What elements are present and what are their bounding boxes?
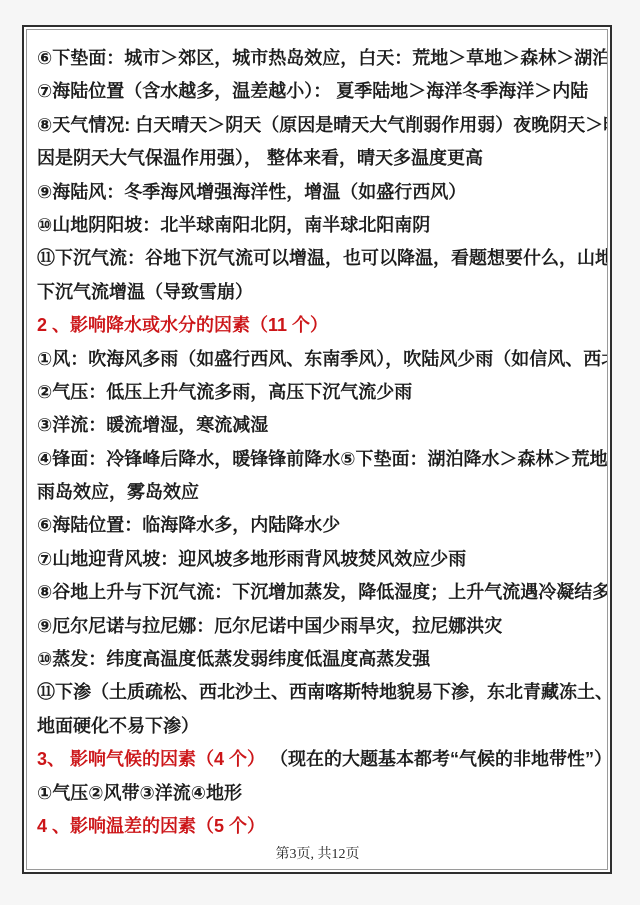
text-segment: ⑨厄尔尼诺与拉尼娜：厄尔尼诺中国少雨旱灾，拉尼娜洪灾 [37, 616, 502, 636]
text-segment: ⑥海陆位置：临海降水多，内陆降水少 [37, 515, 340, 535]
text-segment: ⑩蒸发：纬度高温度低蒸发弱纬度低温度高蒸发强 [37, 649, 430, 669]
text-segment: （现在的大题基本都考“气候的非地带性”） [270, 749, 608, 769]
text-line: 雨岛效应，雾岛效应 [37, 476, 598, 509]
text-segment: 下沉气流增温（导致雪崩） [37, 282, 253, 302]
text-segment: ⑪下沉气流：谷地下沉气流可以增温，也可以降温，看题想要什么，山地背风坡 [37, 248, 608, 268]
heading-segment: 2 、影响降水或水分的因素（11 个） [37, 315, 328, 335]
text-line: ⑧天气情况: 白天晴天＞阴天（原因是晴天大气削弱作用弱）夜晚阴天＞晴天（原 [37, 109, 598, 142]
text-line: ⑪下渗（土质疏松、西北沙土、西南喀斯特地貌易下渗，东北青藏冻土、城市 [37, 676, 598, 709]
text-line: 4 、影响温差的因素（5 个） [37, 810, 598, 843]
text-segment: 因是阴天大气保温作用强）， 整体来看，晴天多温度更高 [37, 148, 483, 168]
heading-segment: 4 、影响温差的因素（5 个） [37, 816, 265, 836]
page-footer: 第3页, 共12页 [37, 846, 598, 864]
text-line: 下沉气流增温（导致雪崩） [37, 276, 598, 309]
text-segment: 地面硬化不易下渗） [37, 716, 199, 736]
text-line: 因是阴天大气保温作用强）， 整体来看，晴天多温度更高 [37, 142, 598, 175]
text-line: ⑩蒸发：纬度高温度低蒸发弱纬度低温度高蒸发强 [37, 643, 598, 676]
text-line: ⑨海陆风：冬季海风增强海洋性，增温（如盛行西风） [37, 176, 598, 209]
text-line: 3、 影响气候的因素（4 个） （现在的大题基本都考“气候的非地带性”） [37, 743, 598, 776]
text-segment: ①风：吹海风多雨（如盛行西风、东南季风），吹陆风少雨（如信风、西北季风） [37, 349, 608, 369]
text-line: ⑥下垫面：城市＞郊区，城市热岛效应，白天：荒地＞草地＞森林＞湖泊河流 [37, 42, 598, 75]
text-line: ⑦山地迎背风坡：迎风坡多地形雨背风坡焚风效应少雨 [37, 543, 598, 576]
text-line: ⑨厄尔尼诺与拉尼娜：厄尔尼诺中国少雨旱灾，拉尼娜洪灾 [37, 610, 598, 643]
document-page: ⑥下垫面：城市＞郊区，城市热岛效应，白天：荒地＞草地＞森林＞湖泊河流⑦海陆位置（… [22, 25, 612, 874]
text-segment: ⑦山地迎背风坡：迎风坡多地形雨背风坡焚风效应少雨 [37, 549, 466, 569]
heading-segment: 3、 影响气候的因素（4 个） [37, 749, 270, 769]
text-line: ②气压：低压上升气流多雨，高压下沉气流少雨 [37, 376, 598, 409]
text-segment: 雨岛效应，雾岛效应 [37, 482, 199, 502]
text-line: ⑧谷地上升与下沉气流：下沉增加蒸发，降低湿度；上升气流遇冷凝结多降水 [37, 576, 598, 609]
page-border-frame: ⑥下垫面：城市＞郊区，城市热岛效应，白天：荒地＞草地＞森林＞湖泊河流⑦海陆位置（… [26, 29, 608, 870]
text-segment: ②气压：低压上升气流多雨，高压下沉气流少雨 [37, 382, 412, 402]
text-segment: ⑩山地阴阳坡：北半球南阳北阴，南半球北阳南阴 [37, 215, 430, 235]
text-line: ①气压②风带③洋流④地形 [37, 777, 598, 810]
text-line: ①风：吹海风多雨（如盛行西风、东南季风），吹陆风少雨（如信风、西北季风） [37, 343, 598, 376]
text-segment: ⑦海陆位置（含水越多，温差越小）： 夏季陆地＞海洋冬季海洋＞内陆 [37, 81, 588, 101]
text-segment: ⑧天气情况: 白天晴天＞阴天（原因是晴天大气削弱作用弱）夜晚阴天＞晴天（原 [37, 115, 608, 135]
text-line: 地面硬化不易下渗） [37, 710, 598, 743]
text-line: ⑥海陆位置：临海降水多，内陆降水少 [37, 509, 598, 542]
text-line: ⑪下沉气流：谷地下沉气流可以增温，也可以降温，看题想要什么，山地背风坡 [37, 242, 598, 275]
text-line: ⑩山地阴阳坡：北半球南阳北阴，南半球北阳南阴 [37, 209, 598, 242]
text-segment: ⑪下渗（土质疏松、西北沙土、西南喀斯特地貌易下渗，东北青藏冻土、城市 [37, 682, 608, 702]
content-lines: ⑥下垫面：城市＞郊区，城市热岛效应，白天：荒地＞草地＞森林＞湖泊河流⑦海陆位置（… [37, 42, 598, 843]
text-segment: ③洋流：暖流增湿，寒流减湿 [37, 415, 268, 435]
text-segment: ④锋面：冷锋峰后降水，暖锋锋前降水⑤下垫面：湖泊降水＞森林＞荒地，城市 [37, 449, 608, 469]
text-line: ③洋流：暖流增湿，寒流减湿 [37, 409, 598, 442]
page-background: ⑥下垫面：城市＞郊区，城市热岛效应，白天：荒地＞草地＞森林＞湖泊河流⑦海陆位置（… [0, 0, 640, 905]
text-line: 2 、影响降水或水分的因素（11 个） [37, 309, 598, 342]
text-line: ④锋面：冷锋峰后降水，暖锋锋前降水⑤下垫面：湖泊降水＞森林＞荒地，城市 [37, 443, 598, 476]
text-segment: ①气压②风带③洋流④地形 [37, 783, 242, 803]
text-segment: ⑧谷地上升与下沉气流：下沉增加蒸发，降低湿度；上升气流遇冷凝结多降水 [37, 582, 608, 602]
text-segment: ⑥下垫面：城市＞郊区，城市热岛效应，白天：荒地＞草地＞森林＞湖泊河流 [37, 48, 608, 68]
text-line: ⑦海陆位置（含水越多，温差越小）： 夏季陆地＞海洋冬季海洋＞内陆 [37, 75, 598, 108]
text-segment: ⑨海陆风：冬季海风增强海洋性，增温（如盛行西风） [37, 182, 466, 202]
